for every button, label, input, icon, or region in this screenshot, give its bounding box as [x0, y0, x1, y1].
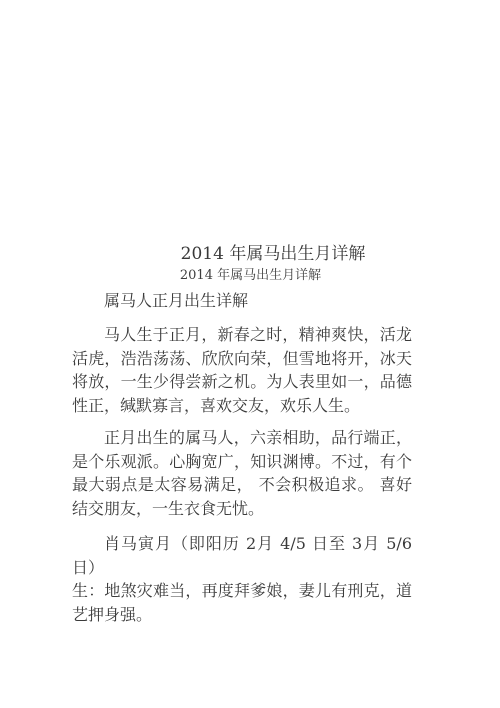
document-page: 2014 年属马出生月详解 2014 年属马出生月详解 属马人正月出生详解 马人… — [0, 0, 500, 708]
section-heading: 属马人正月出生详解 — [72, 291, 412, 311]
paragraph-personality: 正月出生的属马人，六亲相助，品行端正，是个乐观派。心胸宽广，知识渊博。不过，有个… — [72, 426, 412, 520]
paragraph-fortune: 生：地煞灾难当，再度拜爹娘，妻儿有刑克，道艺押身强。 — [72, 579, 412, 626]
paragraph-month-range: 肖马寅月（即阳历 2月 4/5 日至 3月 5/6 日） — [72, 532, 412, 579]
document-content: 2014 年属马出生月详解 2014 年属马出生月详解 属马人正月出生详解 马人… — [72, 244, 412, 626]
paragraph-birth-traits: 马人生于正月，新春之时，精神爽快，活龙活虎，浩浩荡荡、欣欣向荣，但雪地将开，冰天… — [72, 323, 412, 417]
document-title: 2014 年属马出生月详解 — [134, 244, 412, 264]
document-subtitle: 2014 年属马出生月详解 — [89, 268, 412, 283]
